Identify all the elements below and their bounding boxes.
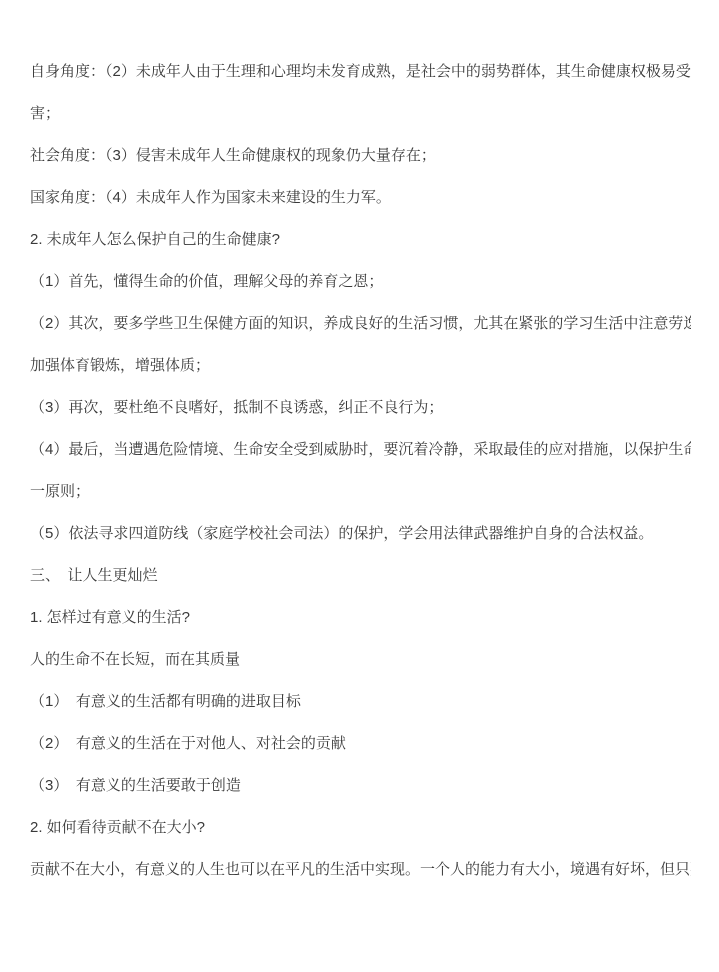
text-line: 害； (30, 93, 691, 135)
text-line: 国家角度：（4）未成年人作为国家未来建设的生力军。 (30, 177, 691, 219)
text-line: （2）其次，要多学些卫生保健方面的知识，养成良好的生活习惯，尤其在紧张的学习生活… (30, 303, 691, 345)
text-line: 2. 未成年人怎么保护自己的生命健康? (30, 219, 691, 261)
text-line: 自身角度：（2）未成年人由于生理和心理均未发育成熟，是社会中的弱势群体，其生命健… (30, 51, 691, 93)
text-line: 社会角度：（3）侵害未成年人生命健康权的现象仍大量存在； (30, 135, 691, 177)
document-page: 自身角度：（2）未成年人由于生理和心理均未发育成熟，是社会中的弱势群体，其生命健… (0, 0, 719, 972)
text-line: 1. 怎样过有意义的生活? (30, 597, 691, 639)
text-line: （1）首先，懂得生命的价值，理解父母的养育之恩； (30, 261, 691, 303)
text-line: （5）依法寻求四道防线（家庭学校社会司法）的保护，学会用法律武器维护自身的合法权… (30, 513, 691, 555)
text-line: 2. 如何看待贡献不在大小? (30, 807, 691, 849)
text-line: 一原则； (30, 471, 691, 513)
text-line: （4）最后，当遭遇危险情境、生命安全受到威胁时，要沉着冷静，采取最佳的应对措施，… (30, 429, 691, 471)
text-line: （3）再次，要杜绝不良嗜好，抵制不良诱惑，纠正不良行为； (30, 387, 691, 429)
text-line: （2） 有意义的生活在于对他人、对社会的贡献 (30, 723, 691, 765)
text-line: 贡献不在大小，有意义的人生也可以在平凡的生活中实现。一个人的能力有大小，境遇有好… (30, 849, 691, 891)
text-line: 加强体育锻炼，增强体质； (30, 345, 691, 387)
text-line: （3） 有意义的生活要敢于创造 (30, 765, 691, 807)
text-line: 三、 让人生更灿烂 (30, 555, 691, 597)
text-line: （1） 有意义的生活都有明确的进取目标 (30, 681, 691, 723)
text-line: 人的生命不在长短，而在其质量 (30, 639, 691, 681)
